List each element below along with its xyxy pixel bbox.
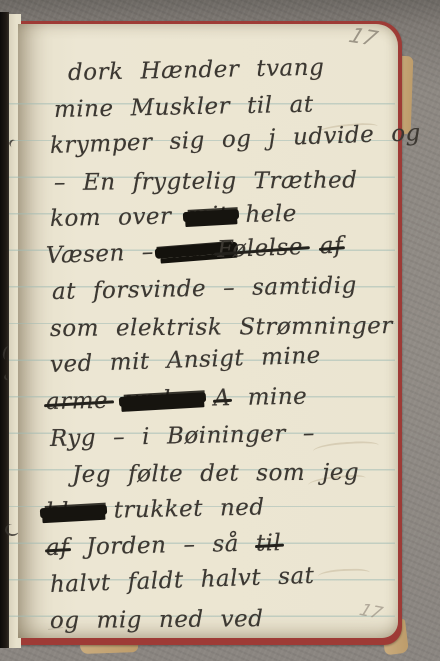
handwritten-word: sig (169, 126, 205, 157)
handwritten-word: – (113, 422, 126, 452)
manuscript-line: komovermithele (50, 199, 297, 234)
handwritten-word: ned (220, 492, 265, 523)
handwritten-word: frygtelig (132, 166, 236, 197)
struck-word: A (213, 383, 231, 413)
handwritten-word: så (212, 529, 239, 560)
manuscript-line: –EnfrygteligTræthed (54, 165, 358, 198)
handwritten-word: jeg (322, 458, 359, 488)
handwritten-word: j (268, 123, 277, 153)
handwritten-word: – (54, 168, 66, 198)
manuscript-line: halvtfaldthalvtsat (49, 560, 314, 599)
handwritten-word: som (50, 313, 99, 343)
handwritten-word: Ansigt (166, 344, 245, 377)
handwritten-word: – (303, 418, 316, 448)
handwritten-word: Strømninger (239, 311, 393, 342)
struck-word: til (256, 528, 282, 559)
handwritten-word: trukket (113, 493, 203, 525)
handwritten-word: mine (261, 341, 322, 373)
manuscript-line: ogmignedved (50, 604, 264, 636)
struck-word: af (46, 533, 70, 563)
struck-word: mit (188, 200, 229, 231)
handwritten-word: mit (109, 347, 150, 378)
handwritten-word: ved (49, 349, 93, 380)
handwritten-word: Hænder (140, 54, 239, 86)
handwritten-word: dork (68, 57, 124, 88)
handwritten-word: at (52, 277, 77, 307)
manuscript-line: dorkHændertvang (68, 53, 325, 88)
handwritten-word: Væsen (45, 238, 125, 271)
manuscript-line: Ryg–iBøininger– (50, 418, 315, 454)
handwritten-word: – (183, 530, 196, 560)
manuscript-line: afJorden–såtil (46, 528, 282, 563)
manuscript-line: somelektriskStrømninger (50, 311, 393, 344)
handwritten-word: og (221, 124, 252, 155)
handwritten-word: ned (159, 605, 204, 635)
handwritten-word: det (200, 459, 239, 489)
handwritten-word: Muskler (130, 91, 230, 123)
book-binding-spine (0, 12, 9, 648)
handwritten-word: halvt (49, 568, 111, 600)
handwritten-word: krymper (49, 128, 153, 162)
manuscript-line: vedmitAnsigtmine (49, 341, 321, 380)
handwritten-word: Træthed (253, 165, 357, 196)
handwritten-word: faldt (127, 565, 184, 597)
handwritten-word: ved (220, 604, 263, 634)
handwritten-word: elektrisk (116, 312, 223, 343)
handwritten-word: halvt (200, 562, 262, 594)
handwritten-word: udvide (293, 120, 375, 153)
handwritten-word: En (83, 167, 116, 197)
handwritten-word: Jorden (86, 531, 167, 563)
handwritten-word: hele (245, 199, 297, 230)
manuscript-line: mineMusklertilat (54, 89, 314, 124)
handwritten-word: sat (278, 560, 315, 591)
manuscript-line: blevtrukketned (46, 492, 265, 527)
manuscript-line: Jegføltedetsomjeg (72, 458, 359, 491)
handwritten-word: i (142, 421, 150, 451)
handwritten-word: mig (96, 605, 142, 635)
manuscript: dorkHændertvangmineMusklertilatkrympersi… (18, 24, 398, 638)
handwritten-word: Ryg (50, 423, 97, 454)
handwritten-word: at (289, 89, 314, 119)
manuscript-line: Væsen–enFølelseaf (45, 230, 343, 270)
handwritten-word: – (223, 273, 236, 303)
handwritten-word: over (118, 202, 172, 233)
handwritten-word: og (391, 118, 422, 149)
handwritten-word: følte (128, 459, 183, 489)
notebook-photo: dorkHændertvangmineMusklertilatkrympersi… (0, 0, 440, 661)
handwritten-word: Jeg (72, 460, 111, 490)
manuscript-line: atforsvinde–samtidig (52, 271, 357, 307)
handwritten-word: samtidig (252, 271, 357, 303)
struck-word: blev (46, 496, 97, 527)
struck-word: Følelse (217, 232, 304, 265)
handwritten-word: mine (247, 381, 307, 412)
manuscript-line: armeunderAmine (46, 381, 308, 416)
handwritten-word: og (50, 606, 80, 636)
handwritten-word: – (141, 237, 154, 267)
handwritten-word: som (256, 458, 305, 488)
struck-word: af (319, 230, 343, 261)
handwritten-word: kom (50, 203, 102, 234)
handwritten-word: forsvinde (93, 274, 207, 306)
handwritten-word: Bøininger (167, 419, 287, 451)
handwritten-word: tvang (256, 53, 325, 84)
handwritten-word: mine (54, 93, 114, 124)
struck-word: en (170, 235, 200, 266)
struck-word: under (125, 384, 197, 415)
struck-word: arme (46, 386, 109, 417)
manuscript-line: krympersigogjudvideog (49, 118, 421, 161)
handwritten-word: til (247, 90, 273, 121)
